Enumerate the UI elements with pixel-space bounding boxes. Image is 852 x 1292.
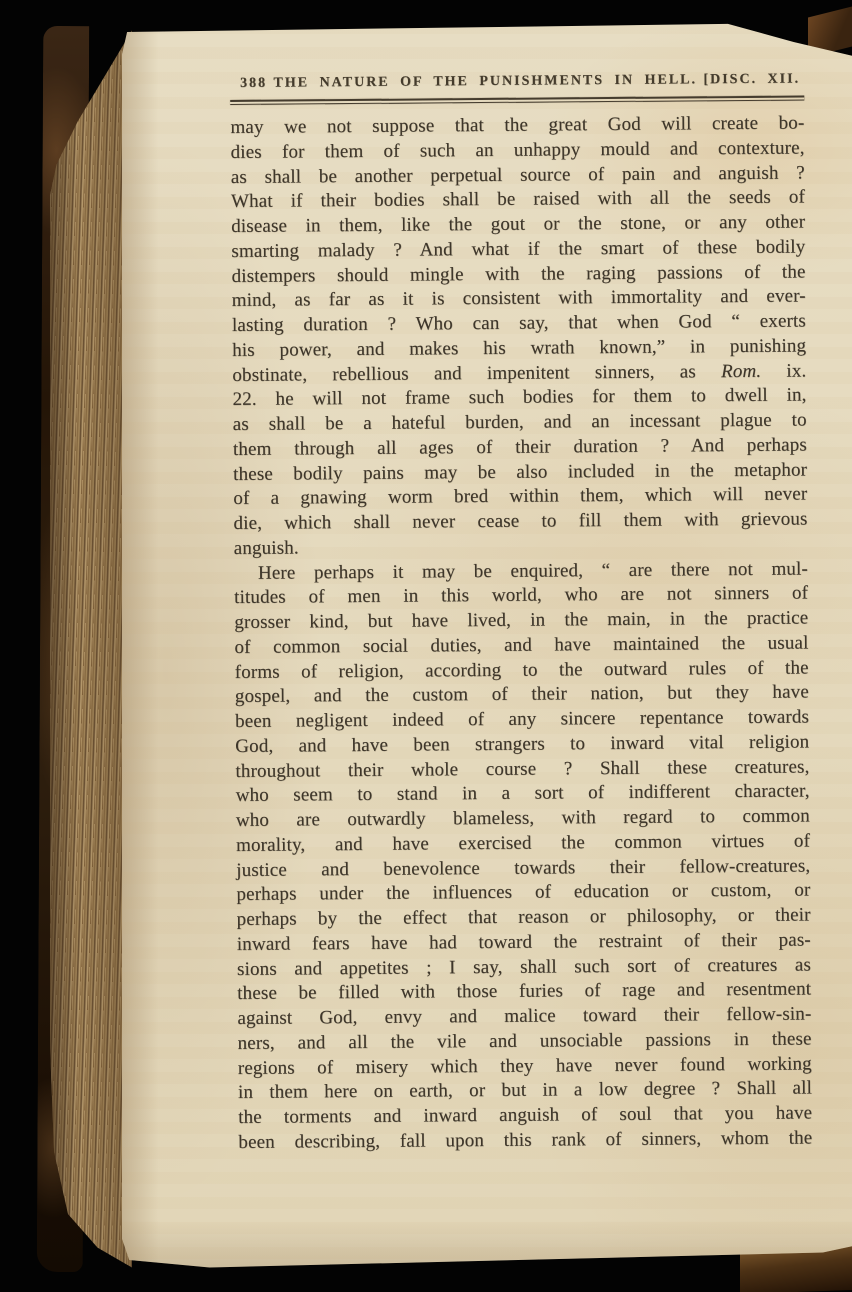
text-line: inward fears have had toward the restrai… — [237, 928, 811, 957]
paragraph: may we not suppose that the great God wi… — [230, 111, 807, 561]
paragraph: Here perhaps it may be enquired, “ are t… — [234, 557, 813, 1155]
running-head: 388 THE NATURE OF THE PUNISHMENTS IN HEL… — [230, 71, 804, 92]
running-title: THE NATURE OF THE PUNISHMENTS IN HELL. — [267, 72, 703, 91]
page-number: 388 — [240, 76, 267, 92]
page-content: 388 THE NATURE OF THE PUNISHMENTS IN HEL… — [230, 71, 812, 1155]
text-line: of common social duties, and have mainta… — [234, 631, 808, 660]
page-body-text: may we not suppose that the great God wi… — [230, 111, 812, 1155]
text-line: been describing, fall upon this rank of … — [238, 1126, 812, 1155]
page-stack-fore-edge — [50, 28, 132, 1270]
book-page: 388 THE NATURE OF THE PUNISHMENTS IN HEL… — [122, 22, 852, 1270]
text-line: die, which shall never cease to fill the… — [233, 507, 807, 536]
header-rule — [230, 95, 804, 105]
text-line: dies for them of such an unhappy mould a… — [231, 136, 805, 165]
text-line: his power, and makes his wrath known,” i… — [232, 334, 806, 363]
discourse-label: [DISC. XII. — [703, 72, 800, 89]
text-line: morality, and have exercised the common … — [236, 829, 810, 858]
text-line: ners, and all the vile and unsociable pa… — [238, 1027, 812, 1056]
text-line: them through all ages of their duration … — [233, 433, 807, 462]
text-line: smarting malady ? And what if the smart … — [231, 235, 805, 264]
text-line: God, and have been strangers to inward v… — [235, 730, 809, 759]
book-photo: { "page_header": { "page_number": "388",… — [0, 0, 852, 1292]
